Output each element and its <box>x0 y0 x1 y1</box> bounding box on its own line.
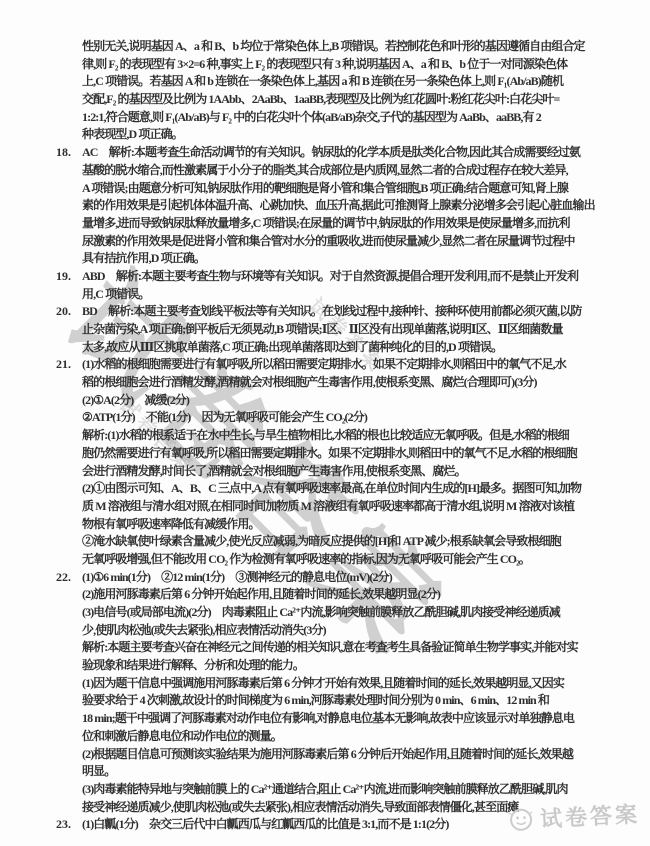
answer-line: 尿激素的作用效果是促进肾小管和集合管对水分的重吸收,进而使尿量减少,显然二者在尿… <box>56 233 610 251</box>
answer-line: 解析:(1)水稻的根系适于在水中生长,与旱生植物相比,水稻的根也比较适应无氧呼吸… <box>56 427 610 445</box>
answer-text: ②淹水缺氧使叶绿素含量减少,使光反应减弱,为暗反应提供的[H]和 ATP 减少;… <box>82 533 610 551</box>
answer-line: 素的作用效果是引起机体体温升高、心跳加快、血压升高,据此可推测肾上腺素分泌增多会… <box>56 197 610 215</box>
answer-line: (1)因为题干信息中强调施用河豚毒素后第 6 分钟才开始有效果,且随着时间的延长… <box>56 675 610 693</box>
answer-text: 量增多,进而导致钠尿肽释放量增多,C 项错误;在尿量的调节中,钠尿肽的作用效果是… <box>82 215 610 233</box>
answer-line: (3)肉毒素能特异地与突触前膜上的 Ca²⁺通道结合,阻止 Ca²⁺内流,进而影… <box>56 781 610 799</box>
answer-text: A 项错误;由题意分析可知,钠尿肽作用的靶细胞是肾小管和集合管细胞,B 项正确;… <box>82 180 610 198</box>
answer-text: AC 解析:本题考查生命活动调节的有关知识。钠尿肽的化学本质是肽类化合物,因此其… <box>82 144 610 162</box>
answer-line: 稻的根细胞会进行酒精发酵,酒精就会对根细胞产生毒害作用,使根系变黑、腐烂(合理即… <box>56 374 610 392</box>
question-number: 22. <box>56 569 82 587</box>
answer-text: 稻的根细胞会进行酒精发酵,酒精就会对根细胞产生毒害作用,使根系变黑、腐烂(合理即… <box>82 374 610 392</box>
answer-text: 少,使肌肉松弛(或失去紧张),相应表情活动消失(3分) <box>82 622 610 640</box>
answer-text: 物根有氧呼吸速率降低有减缓作用。 <box>82 516 610 534</box>
answer-line: (2)①A(2分) 减缓(2分) <box>56 392 610 410</box>
answer-text: 验要求给于 4 次刺激,故设计的时间梯度为 6 min,河豚毒素处理时间分别为 … <box>82 692 610 710</box>
question-number: 21. <box>56 356 82 374</box>
answer-text: 具有拮抗作用,D 项正确。 <box>82 250 610 268</box>
answer-text: (1)①6 min(1分) ②12 min(1分) ③测神经元的静息电位(mV)… <box>82 569 610 587</box>
answer-text: ABD 解析:本题主要考查生物与环境等有关知识。对于自然资源,提倡合理开发利用,… <box>82 268 610 286</box>
answer-line: 上,C 项错误。若基因 A 和 b 连锁在一条染色体上,基因 a 和 B 连锁在… <box>56 73 610 91</box>
answer-text: 无氧呼吸增强,但不能改用 CO₂ 作为检测有氧呼吸速率的指标,因为无氧呼吸可能会… <box>82 551 610 569</box>
answer-text: 尿激素的作用效果是促进肾小管和集合管对水分的重吸收,进而使尿量减少,显然二者在尿… <box>82 233 610 251</box>
answer-sheet-page: 试卷答案 试卷答案 试卷答案 性别无关,说明基因 A、a 和 B、b 均位于常染… <box>0 0 650 846</box>
answer-line: (3)电信号(或局部电流)(2分) 肉毒素阻止 Ca²⁺内流,影响突触前膜释放乙… <box>56 604 610 622</box>
answer-text: 位和刺激后静息电位和动作电位的测量。 <box>82 728 610 746</box>
question-number: 20. <box>56 303 82 321</box>
answer-line: 21.(1)水稻的根细胞需要进行有氧呼吸,所以稻田需要定期排水。如果不定期排水,… <box>56 356 610 374</box>
answer-text: (1)因为题干信息中强调施用河豚毒素后第 6 分钟才开始有效果,且随着时间的延长… <box>82 675 610 693</box>
answer-line: 止杂菌污染,A 项正确;倒平板后无须晃动,B 项错误;Ⅰ区、Ⅱ区没有出现单菌落,… <box>56 321 610 339</box>
smiley-face-icon <box>507 806 534 833</box>
answer-line: (2)①由图示可知、A、B、C 三点中,A 点有氧呼吸速率最高,在单位时间内生成… <box>56 480 610 498</box>
answer-line: (2)施用河豚毒素后第 6 分钟开始起作用,且随着时间的延长,效果越明显(2分) <box>56 586 610 604</box>
answer-line: 明显。 <box>56 763 610 781</box>
answer-text: 解析:(1)水稻的根系适于在水中生长,与旱生植物相比,水稻的根也比较适应无氧呼吸… <box>82 427 610 445</box>
answer-text: 1:2:1,符合题意,则 F₁(Ab/aB)与 F₂ 中的白花尖叶个体(aB/a… <box>82 109 610 127</box>
answer-line: 1:2:1,符合题意,则 F₁(Ab/aB)与 F₂ 中的白花尖叶个体(aB/a… <box>56 109 610 127</box>
publisher-logo-text: 试卷答案 <box>539 798 641 834</box>
answer-line: ②ATP(1分) 不能(1分) 因为无氧呼吸可能会产生 CO₂(2分) <box>56 409 610 427</box>
answer-text: (3)电信号(或局部电流)(2分) 肉毒素阻止 Ca²⁺内流,影响突触前膜释放乙… <box>82 604 610 622</box>
answer-text: 律,则 F₂ 的表现型有 3×2=6 种,事实上 F₂ 的表现型只有 3 种,说… <box>82 56 610 74</box>
answer-line: 19.ABD 解析:本题主要考查生物与环境等有关知识。对于自然资源,提倡合理开发… <box>56 268 610 286</box>
answer-line: 无氧呼吸增强,但不能改用 CO₂ 作为检测有氧呼吸速率的指标,因为无氧呼吸可能会… <box>56 551 610 569</box>
answer-text: 素的作用效果是引起机体体温升高、心跳加快、血压升高,据此可推测肾上腺素分泌增多会… <box>82 197 610 215</box>
answer-text: BD 解析:本题主要考查划线平板法等有关知识。在划线过程中,接种针、接种环使用前… <box>82 303 610 321</box>
publisher-logo: 试卷答案 <box>507 798 640 836</box>
answer-line: 验要求给于 4 次刺激,故设计的时间梯度为 6 min,河豚毒素处理时间分别为 … <box>56 692 610 710</box>
answer-text: 太多,故应从Ⅲ区挑取单菌落,C 项正确;出现单菌落即达到了菌种纯化的目的,D 项… <box>82 339 610 357</box>
answer-line: 具有拮抗作用,D 项正确。 <box>56 250 610 268</box>
answer-line: 22.(1)①6 min(1分) ②12 min(1分) ③测神经元的静息电位(… <box>56 569 610 587</box>
answer-line: 律,则 F₂ 的表现型有 3×2=6 种,事实上 F₂ 的表现型只有 3 种,说… <box>56 56 610 74</box>
answer-text: 解析:本题主要考查兴奋在神经元之间传递的相关知识,意在考查考生具备验证简单生物学… <box>82 639 610 657</box>
answer-line: 解析:本题主要考查兴奋在神经元之间传递的相关知识,意在考查考生具备验证简单生物学… <box>56 639 610 657</box>
answer-text: 种表现型,D 项正确。 <box>82 126 610 144</box>
answer-line: A 项错误;由题意分析可知,钠尿肽作用的靶细胞是肾小管和集合管细胞,B 项正确;… <box>56 180 610 198</box>
answer-line: 基酸的脱水缩合,而性激素属于小分子的脂类,其合成部位是内质网,显然二者的合成过程… <box>56 162 610 180</box>
answer-line: 18 min;题干中强调了河豚毒素对动作电位有影响,对静息电位基本无影响,故表中… <box>56 710 610 728</box>
question-number: 18. <box>56 144 82 162</box>
question-number: 19. <box>56 268 82 286</box>
answer-text: 明显。 <box>82 763 610 781</box>
answer-text: 质 M 溶液组与清水组对照,在相同时间加物质 M 溶液组有氧呼吸速率都高于清水组… <box>82 498 610 516</box>
answer-lines: 性别无关,说明基因 A、a 和 B、b 均位于常染色体上,B 项错误。若控制花色… <box>56 38 610 834</box>
answer-line: 用,C 项错误。 <box>56 286 610 304</box>
answer-line: 交配,F₂ 的基因型及比例为 1AAbb、2AaBb、1aaBB,表现型及比例为… <box>56 91 610 109</box>
answer-line: 少,使肌肉松弛(或失去紧张),相应表情活动消失(3分) <box>56 622 610 640</box>
question-number: 23. <box>56 816 82 834</box>
answer-text: (1)水稻的根细胞需要进行有氧呼吸,所以稻田需要定期排水。如果不定期排水,则稻田… <box>82 356 610 374</box>
answer-text: ②ATP(1分) 不能(1分) 因为无氧呼吸可能会产生 CO₂(2分) <box>82 409 610 427</box>
answer-text: 验现象和结果进行解释、分析和处理的能力。 <box>82 657 610 675</box>
answer-line: 种表现型,D 项正确。 <box>56 126 610 144</box>
answer-text: (2)施用河豚毒素后第 6 分钟开始起作用,且随着时间的延长,效果越明显(2分) <box>82 586 610 604</box>
answer-line: 胞仍然需要进行有氧呼吸,所以稻田需要定期排水。如果不定期排水,则稻田中的氧气不足… <box>56 445 610 463</box>
answer-text: 性别无关,说明基因 A、a 和 B、b 均位于常染色体上,B 项错误。若控制花色… <box>82 38 610 56</box>
answer-text: 基酸的脱水缩合,而性激素属于小分子的脂类,其合成部位是内质网,显然二者的合成过程… <box>82 162 610 180</box>
answer-text: 会进行酒精发酵,时间长了,酒精就会对根细胞产生毒害作用,使根系变黑、腐烂。 <box>82 463 610 481</box>
answer-text: (2)根据题目信息可预测该实验结果为施用河豚毒素后第 6 分钟后开始起作用,且随… <box>82 746 610 764</box>
answer-line: 物根有氧呼吸速率降低有减缓作用。 <box>56 516 610 534</box>
answer-text: (2)①A(2分) 减缓(2分) <box>82 392 610 410</box>
answer-line: 20.BD 解析:本题主要考查划线平板法等有关知识。在划线过程中,接种针、接种环… <box>56 303 610 321</box>
answer-text: (3)肉毒素能特异地与突触前膜上的 Ca²⁺通道结合,阻止 Ca²⁺内流,进而影… <box>82 781 610 799</box>
answer-line: 18.AC 解析:本题考查生命活动调节的有关知识。钠尿肽的化学本质是肽类化合物,… <box>56 144 610 162</box>
answer-text: 用,C 项错误。 <box>82 286 610 304</box>
answer-line: ②淹水缺氧使叶绿素含量减少,使光反应减弱,为暗反应提供的[H]和 ATP 减少;… <box>56 533 610 551</box>
answer-text: 交配,F₂ 的基因型及比例为 1AAbb、2AaBb、1aaBB,表现型及比例为… <box>82 91 610 109</box>
answer-line: 太多,故应从Ⅲ区挑取单菌落,C 项正确;出现单菌落即达到了菌种纯化的目的,D 项… <box>56 339 610 357</box>
answer-text: 上,C 项错误。若基因 A 和 b 连锁在一条染色体上,基因 a 和 B 连锁在… <box>82 73 610 91</box>
answer-text: 胞仍然需要进行有氧呼吸,所以稻田需要定期排水。如果不定期排水,则稻田中的氧气不足… <box>82 445 610 463</box>
answer-text: 18 min;题干中强调了河豚毒素对动作电位有影响,对静息电位基本无影响,故表中… <box>82 710 610 728</box>
answer-line: 质 M 溶液组与清水组对照,在相同时间加物质 M 溶液组有氧呼吸速率都高于清水组… <box>56 498 610 516</box>
answer-text: 止杂菌污染,A 项正确;倒平板后无须晃动,B 项错误;Ⅰ区、Ⅱ区没有出现单菌落,… <box>82 321 610 339</box>
answer-line: 性别无关,说明基因 A、a 和 B、b 均位于常染色体上,B 项错误。若控制花色… <box>56 38 610 56</box>
answer-line: (2)根据题目信息可预测该实验结果为施用河豚毒素后第 6 分钟后开始起作用,且随… <box>56 746 610 764</box>
answer-text: (2)①由图示可知、A、B、C 三点中,A 点有氧呼吸速率最高,在单位时间内生成… <box>82 480 610 498</box>
answer-line: 验现象和结果进行解释、分析和处理的能力。 <box>56 657 610 675</box>
answer-line: 会进行酒精发酵,时间长了,酒精就会对根细胞产生毒害作用,使根系变黑、腐烂。 <box>56 463 610 481</box>
answer-line: 量增多,进而导致钠尿肽释放量增多,C 项错误;在尿量的调节中,钠尿肽的作用效果是… <box>56 215 610 233</box>
answer-line: 位和刺激后静息电位和动作电位的测量。 <box>56 728 610 746</box>
